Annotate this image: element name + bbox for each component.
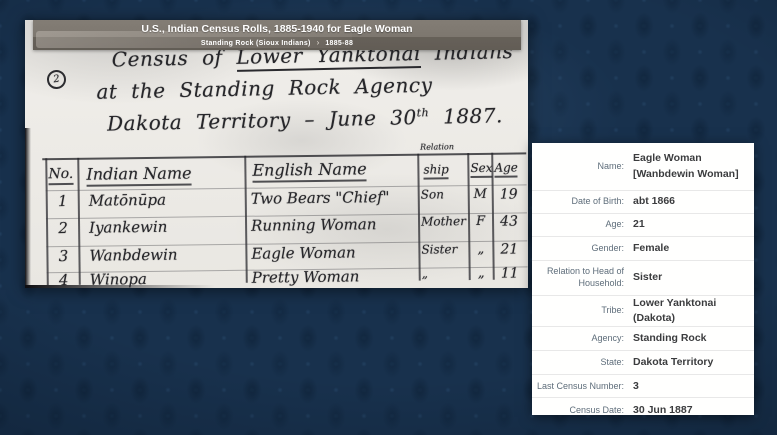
breadcrumb-collection[interactable]: Standing Rock (Sioux Indians) [201,40,311,47]
image-header-bar: U.S., Indian Census Rolls, 1885-1940 for… [33,20,521,50]
field-value: Lower Yanktonai (Dakota) [633,296,754,326]
col-header-no: No. [48,166,73,185]
field-label: Last Census Number: [532,381,633,393]
census-document-image[interactable]: 2 Census of Lower Yanktonai Indians at t… [25,20,528,288]
table-row: 1 [53,192,73,210]
table-row: Matōnūpa [89,191,166,210]
detail-row-name: Name: Eagle Woman [Wanbdewin Woman] [532,143,754,191]
col-header-english-name: English Name [252,159,367,182]
detail-row-gender: Gender: Female [532,237,754,261]
detail-row-census-date: Census Date: 30 Jun 1887 [532,398,754,422]
detail-row-tribe: Tribe: Lower Yanktonai (Dakota) [532,296,754,327]
detail-row-date-of-birth: Date of Birth: abt 1866 [532,191,754,214]
table-vertical-rule [244,156,248,283]
field-value: Dakota Territory [633,355,754,370]
table-row: Wanbdewin [89,246,177,265]
table-row: Two Bears "Chief" [251,188,390,208]
detail-row-last-census-number: Last Census Number: 3 [532,375,754,398]
table-top-rule [42,152,526,160]
field-value: Sister [633,270,754,285]
table-row: Iyankewin [89,218,167,237]
field-value: Standing Rock [633,331,754,346]
table-row: Sister [421,242,466,257]
field-label: Census Date: [532,405,633,417]
detail-row-relation: Relation to Head of Household: Sister [532,261,754,296]
table-row: Son [421,187,466,202]
col-header-age: Age [494,160,518,177]
col-header-relation: ship [423,162,449,179]
table-row: 11 [494,265,526,281]
breadcrumb-range[interactable]: 1885-88 [325,40,353,47]
field-value: Eagle Woman [Wanbdewin Woman] [633,151,754,181]
detail-row-agency: Agency: Standing Rock [532,327,754,351]
table-row: Mother [421,214,466,229]
field-label: Age: [532,219,633,231]
field-label: Agency: [532,333,633,345]
census-table: No. Indian Name English Name Relation sh… [23,14,529,288]
field-label: Date of Birth: [532,196,633,208]
table-row: 3 [53,247,73,265]
detail-row-state: State: Dakota Territory [532,351,754,375]
table-row: Running Woman [251,215,377,235]
table-row: „ [471,266,492,281]
field-value: Female [633,241,754,256]
table-row: „ [470,242,491,257]
col-header-sex: Sex [470,161,492,178]
field-label: State: [532,357,633,369]
table-row: F [470,214,491,229]
table-row: 4 [54,271,74,289]
col-header-indian-name: Indian Name [86,163,191,186]
table-row: Pretty Woman [252,267,360,286]
field-value: 3 [633,379,754,394]
table-row: Eagle Woman [251,243,355,262]
field-value: abt 1866 [633,194,754,209]
collection-title: U.S., Indian Census Rolls, 1885-1940 for… [33,20,521,37]
table-vertical-rule [77,158,81,285]
col-header-relation-top: Relation [420,142,454,152]
breadcrumb: Standing Rock (Sioux Indians) › 1885-88 [33,37,521,50]
field-label: Name: [532,161,633,173]
field-label: Tribe: [532,305,633,317]
viewer-stage: 2 Census of Lower Yanktonai Indians at t… [0,0,777,435]
field-label: Relation to Head of Household: [532,266,633,289]
table-row: „ [422,266,467,281]
table-row: Winopa [90,270,147,289]
field-value: 21 [633,217,754,232]
table-row: 19 [493,186,525,202]
field-label: Gender: [532,243,633,255]
record-details-panel: Name: Eagle Woman [Wanbdewin Woman] Date… [532,143,754,415]
chevron-right-icon: › [317,38,320,47]
field-value: 30 Jun 1887 [633,403,754,418]
table-row: 43 [493,213,525,229]
detail-row-age: Age: 21 [532,214,754,237]
table-row: 2 [53,219,73,237]
table-row: M [470,187,491,202]
table-row: 21 [493,241,525,257]
